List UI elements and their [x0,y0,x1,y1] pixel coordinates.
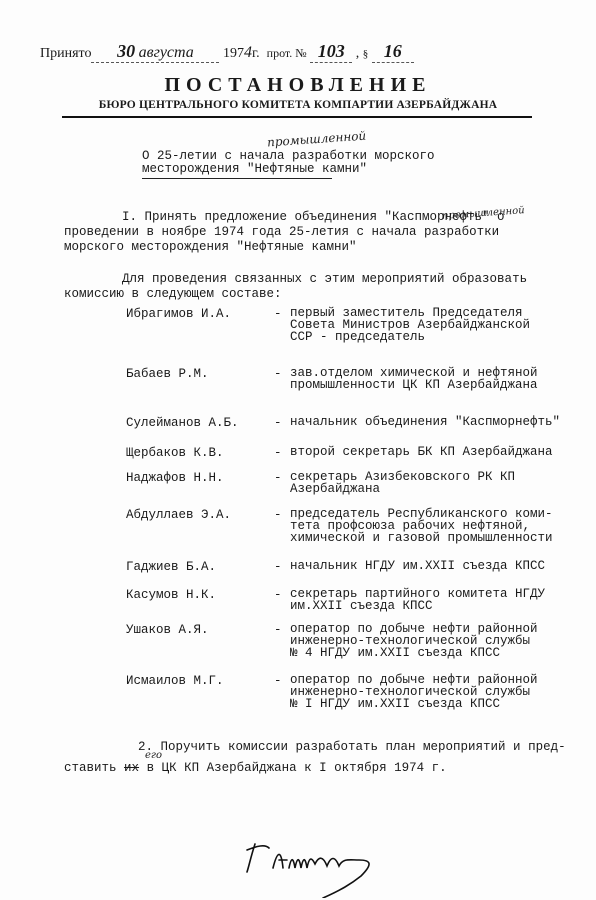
member-dash: - [274,307,282,321]
paragraph-3: 2. Поручить комиссии разработать план ме… [82,737,566,779]
accepted-label: Принято [40,46,91,61]
paragraph-number-field: 16 [372,41,414,63]
subject-handwritten-insertion: промышленной [267,129,367,150]
member-role: секретарь партийного комитета НГДУ им.XX… [290,588,580,612]
paragraph-1-line-3: морского месторождения "Нефтяные камни" [64,240,505,255]
protocol-label: прот. № [267,46,307,60]
paragraph-3-line-2-start: ставить [64,761,117,775]
subject-underline [142,178,332,179]
member-role: зав.отделом химической и нефтяной промыш… [290,367,580,391]
member-name: Абдуллаев Э.А. [126,508,231,522]
year-label: г. [252,46,260,61]
paragraph-2-line-2: комиссию в следующем составе: [64,287,527,302]
header-divider [62,116,532,118]
member-role: начальник НГДУ им.XXII съезда КПСС [290,560,580,572]
protocol-number: 103 [318,41,345,61]
acceptance-line: Принято30 августа 1974г. прот. № 103 , §… [40,41,414,63]
subject-line-2: месторождения "Нефтяные камни" [142,163,435,176]
member-role: второй секретарь БК КП Азербайджана [290,446,580,458]
document-page: Принято30 августа 1974г. прот. № 103 , §… [0,0,596,900]
member-role: секретарь Азизбековского РК КП Азербайдж… [290,471,580,495]
paragraph-label: § [363,48,369,60]
paragraph-2: Для проведения связанных с этим мероприя… [82,272,527,302]
member-name: Ушаков А.Я. [126,623,209,637]
paragraph-3-line-1: 2. Поручить комиссии разработать план ме… [82,737,566,758]
separator: , [356,46,360,61]
document-title: ПОСТАНОВЛЕНИЕ [0,74,596,97]
year-suffix: 4 [244,44,252,61]
member-name: Касумов Н.К. [126,588,216,602]
accepted-day: 30 [117,41,135,61]
member-role: оператор по добыче нефти районной инжене… [290,674,580,710]
member-name: Щербаков К.В. [126,446,224,460]
member-dash: - [274,623,282,637]
member-dash: - [274,416,282,430]
paragraph-2-line-1: Для проведения связанных с этим мероприя… [82,272,527,287]
member-name: Бабаев Р.М. [126,367,209,381]
year-prefix: 197 [223,46,244,61]
signature-scribble-icon [243,838,423,898]
accepted-month: августа [139,44,194,61]
member-dash: - [274,471,282,485]
protocol-number-field: 103 [310,41,352,63]
accepted-date-field: 30 августа [91,41,219,63]
member-dash: - [274,560,282,574]
member-role: председатель Республиканского коми- тета… [290,508,580,544]
member-dash: - [274,508,282,522]
member-role: начальник объединения "Каспморнефть" [290,416,580,428]
member-name: Исмаилов М.Г. [126,674,224,688]
subject: О 25-летии с начала разработки морского … [142,150,435,176]
member-dash: - [274,367,282,381]
member-dash: - [274,446,282,460]
paragraph-1: I. Принять предложение объединения "Касп… [82,210,505,255]
member-role: оператор по добыче нефти районной инжене… [290,623,580,659]
struck-word: их [124,761,139,775]
member-dash: - [274,674,282,688]
member-name: Наджафов Н.Н. [126,471,224,485]
member-name: Ибрагимов И.А. [126,307,231,321]
member-dash: - [274,588,282,602]
member-name: Гаджиев Б.А. [126,560,216,574]
document-subtitle: БЮРО ЦЕНТРАЛЬНОГО КОМИТЕТА КОМПАРТИИ АЗЕ… [0,99,596,111]
member-name: Сулейманов А.Б. [126,416,239,430]
paragraph-3-line-2-end: в ЦК КП Азербайджана к I октября 1974 г. [147,761,447,775]
member-role: первый заместитель Председателя Совета М… [290,307,580,343]
paragraph-number: 16 [384,41,402,61]
paragraph-1-line-1: I. Принять предложение объединения "Касп… [82,210,505,225]
paragraph-1-line-2: проведении в ноябре 1974 года 25-летия с… [64,225,505,240]
signature: Г.Алиев [243,838,423,900]
